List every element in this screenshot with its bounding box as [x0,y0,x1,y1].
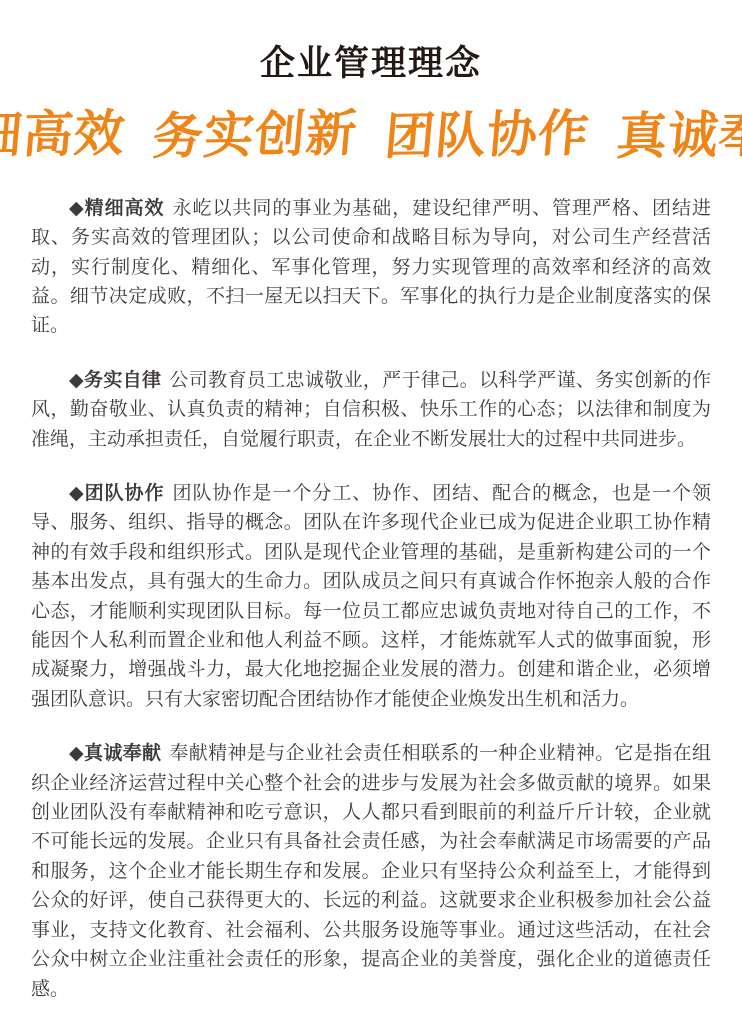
section-paragraph-wushizilv: ◆务实自律公司教育员工忠诚敬业，严于律己。以科学严谨、务实创新的作风，勤奋敬业、… [31,366,711,454]
document-page: { "document": { "title": "企业管理理念", "slog… [0,0,742,1034]
page: 企业管理理念 精细高效 务实创新 团队协作 真诚奉献 ◆精细高效永屹以共同的事业… [0,0,742,1034]
diamond-bullet-icon: ◆ [69,483,85,504]
page-title: 企业管理理念 [0,42,742,86]
section-heading: ◆精细高效 [69,198,165,219]
section-heading: ◆务实自律 [69,370,161,391]
section-paragraph-zhenchengfengxian: ◆真诚奉献奉献精神是与企业社会责任相联系的一种企业精神。它是指在组织企业经济运营… [31,739,711,1004]
section-heading-text: 团队协作 [85,483,165,504]
section-heading: ◆真诚奉献 [69,743,161,764]
slogan-calligraphy: 精细高效 务实创新 团队协作 真诚奉献 [0,104,742,166]
section-heading-text: 真诚奉献 [84,743,161,764]
diamond-bullet-icon: ◆ [69,743,84,764]
slogan-word-zhenchengfengxian: 真诚奉献 [614,102,742,168]
content-body: ◆精细高效永屹以共同的事业为基础，建设纪律严明、管理严格、团结进取、务实高效的管… [0,194,742,1034]
section-body: 团队协作是一个分工、协作、团结、配合的概念，也是一个领导、服务、组织、指导的概念… [31,483,711,710]
section-body: 奉献精神是与企业社会责任相联系的一种企业精神。它是指在组织企业经济运营过程中关心… [31,743,711,999]
slogan-word-wushichuangxin: 务实创新 [150,102,360,168]
slogan-word-tuanduixiezuo: 团队协作 [382,102,592,168]
section-paragraph-tuanduixiezuo: ◆团队协作团队协作是一个分工、协作、团结、配合的概念，也是一个领导、服务、组织、… [31,479,711,714]
section-paragraph-jingxigaoxiao: ◆精细高效永屹以共同的事业为基础，建设纪律严明、管理严格、团结进取、务实高效的管… [31,194,711,341]
section-heading-text: 精细高效 [85,198,165,219]
section-heading-text: 务实自律 [84,370,161,391]
section-heading: ◆团队协作 [69,483,165,504]
diamond-bullet-icon: ◆ [69,370,84,391]
diamond-bullet-icon: ◆ [69,198,85,219]
slogan-word-jingxigaoxiao: 精细高效 [0,102,128,168]
